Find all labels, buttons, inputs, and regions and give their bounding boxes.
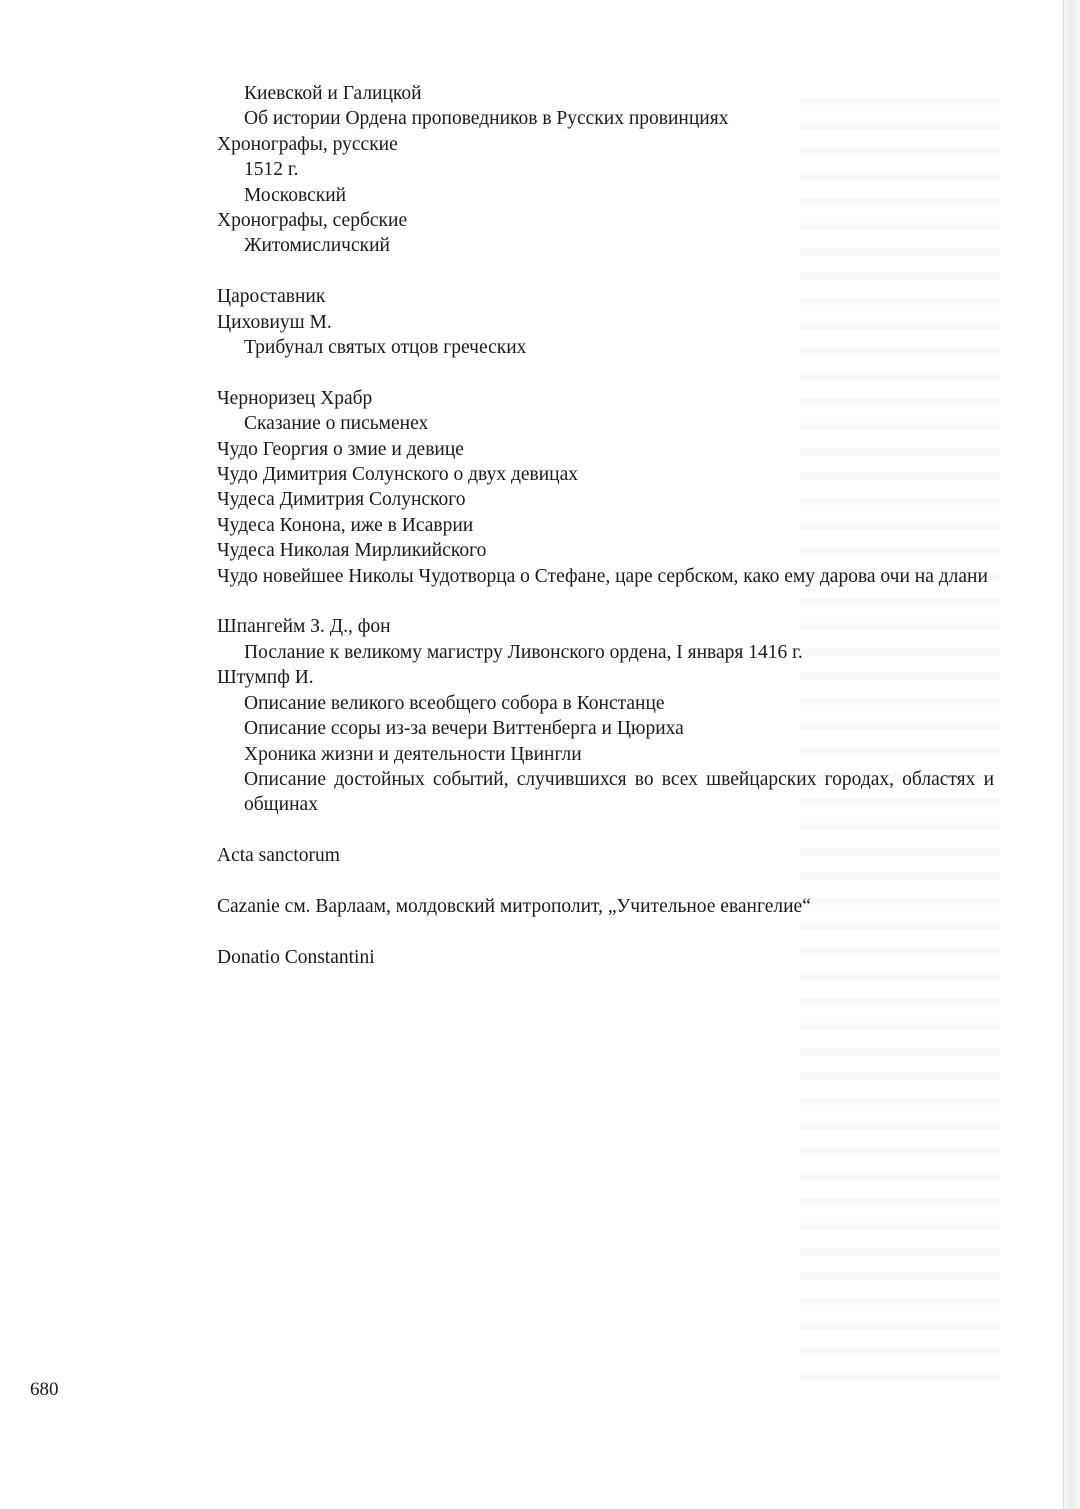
page-edge-line: [1063, 0, 1064, 1509]
index-entry-subentry: Трибунал святых отцов греческих: [217, 335, 997, 360]
index-entry-subentry: Послание к великому магистру Ливонского …: [217, 640, 997, 665]
index-entry-heading: Хронографы, русские: [217, 132, 997, 157]
index-entry-subentry: Описание ссоры из-за вечери Виттенберга …: [217, 716, 997, 741]
index-entry-heading: Чудеса Димитрия Солунского: [217, 487, 997, 512]
index-entry-subentry: 1512 г.: [217, 157, 997, 182]
index-entry-heading: Чудеса Конона, иже в Исаврии: [217, 513, 997, 538]
index-entry-subentry: Описание великого всеобщего собора в Кон…: [217, 691, 997, 716]
index-entry-heading: Хронографы, сербские: [217, 208, 997, 233]
index-entry-subentry: Сказание о письменех: [217, 411, 997, 436]
index-entry-heading: Черноризец Храбр: [217, 386, 997, 411]
index-entry-subentry: Житомисличский: [217, 233, 997, 258]
index-entry-heading: Donatio Constantini: [217, 945, 997, 970]
index-entry-heading: Штумпф И.: [217, 665, 997, 690]
index-entry-subentry: Московский: [217, 183, 997, 208]
index-entry-heading: Чудо новейшее Николы Чудотворца о Стефан…: [217, 564, 997, 589]
index-entry-heading: Цароставник: [217, 284, 997, 309]
index-entry-subentry: Описание достойных событий, случившихся …: [217, 767, 994, 818]
index-entry-heading: Чудо Димитрия Солунского о двух девицах: [217, 462, 997, 487]
index-entry-heading: Чудо Георгия о змие и девице: [217, 437, 997, 462]
index-entry-heading: Cazanie см. Варлаам, молдовский митропол…: [217, 894, 997, 919]
index-list: Киевской и ГалицкойОб истории Ордена про…: [217, 81, 997, 970]
index-entry-subentry: Об истории Ордена проповедников в Русски…: [217, 106, 997, 131]
index-entry-heading: Циховиуш М.: [217, 310, 997, 335]
index-entry-subentry: Киевской и Галицкой: [217, 81, 997, 106]
page-number: 680: [30, 1379, 59, 1401]
index-entry-heading: Acta sanctorum: [217, 843, 997, 868]
index-entry-heading: Чудеса Николая Мирликийского: [217, 538, 997, 563]
index-entry-heading: Шпангейм З. Д., фон: [217, 614, 997, 639]
index-entry-subentry: Хроника жизни и деятельности Цвингли: [217, 742, 997, 767]
page-edge-shadow: [1058, 0, 1080, 1509]
